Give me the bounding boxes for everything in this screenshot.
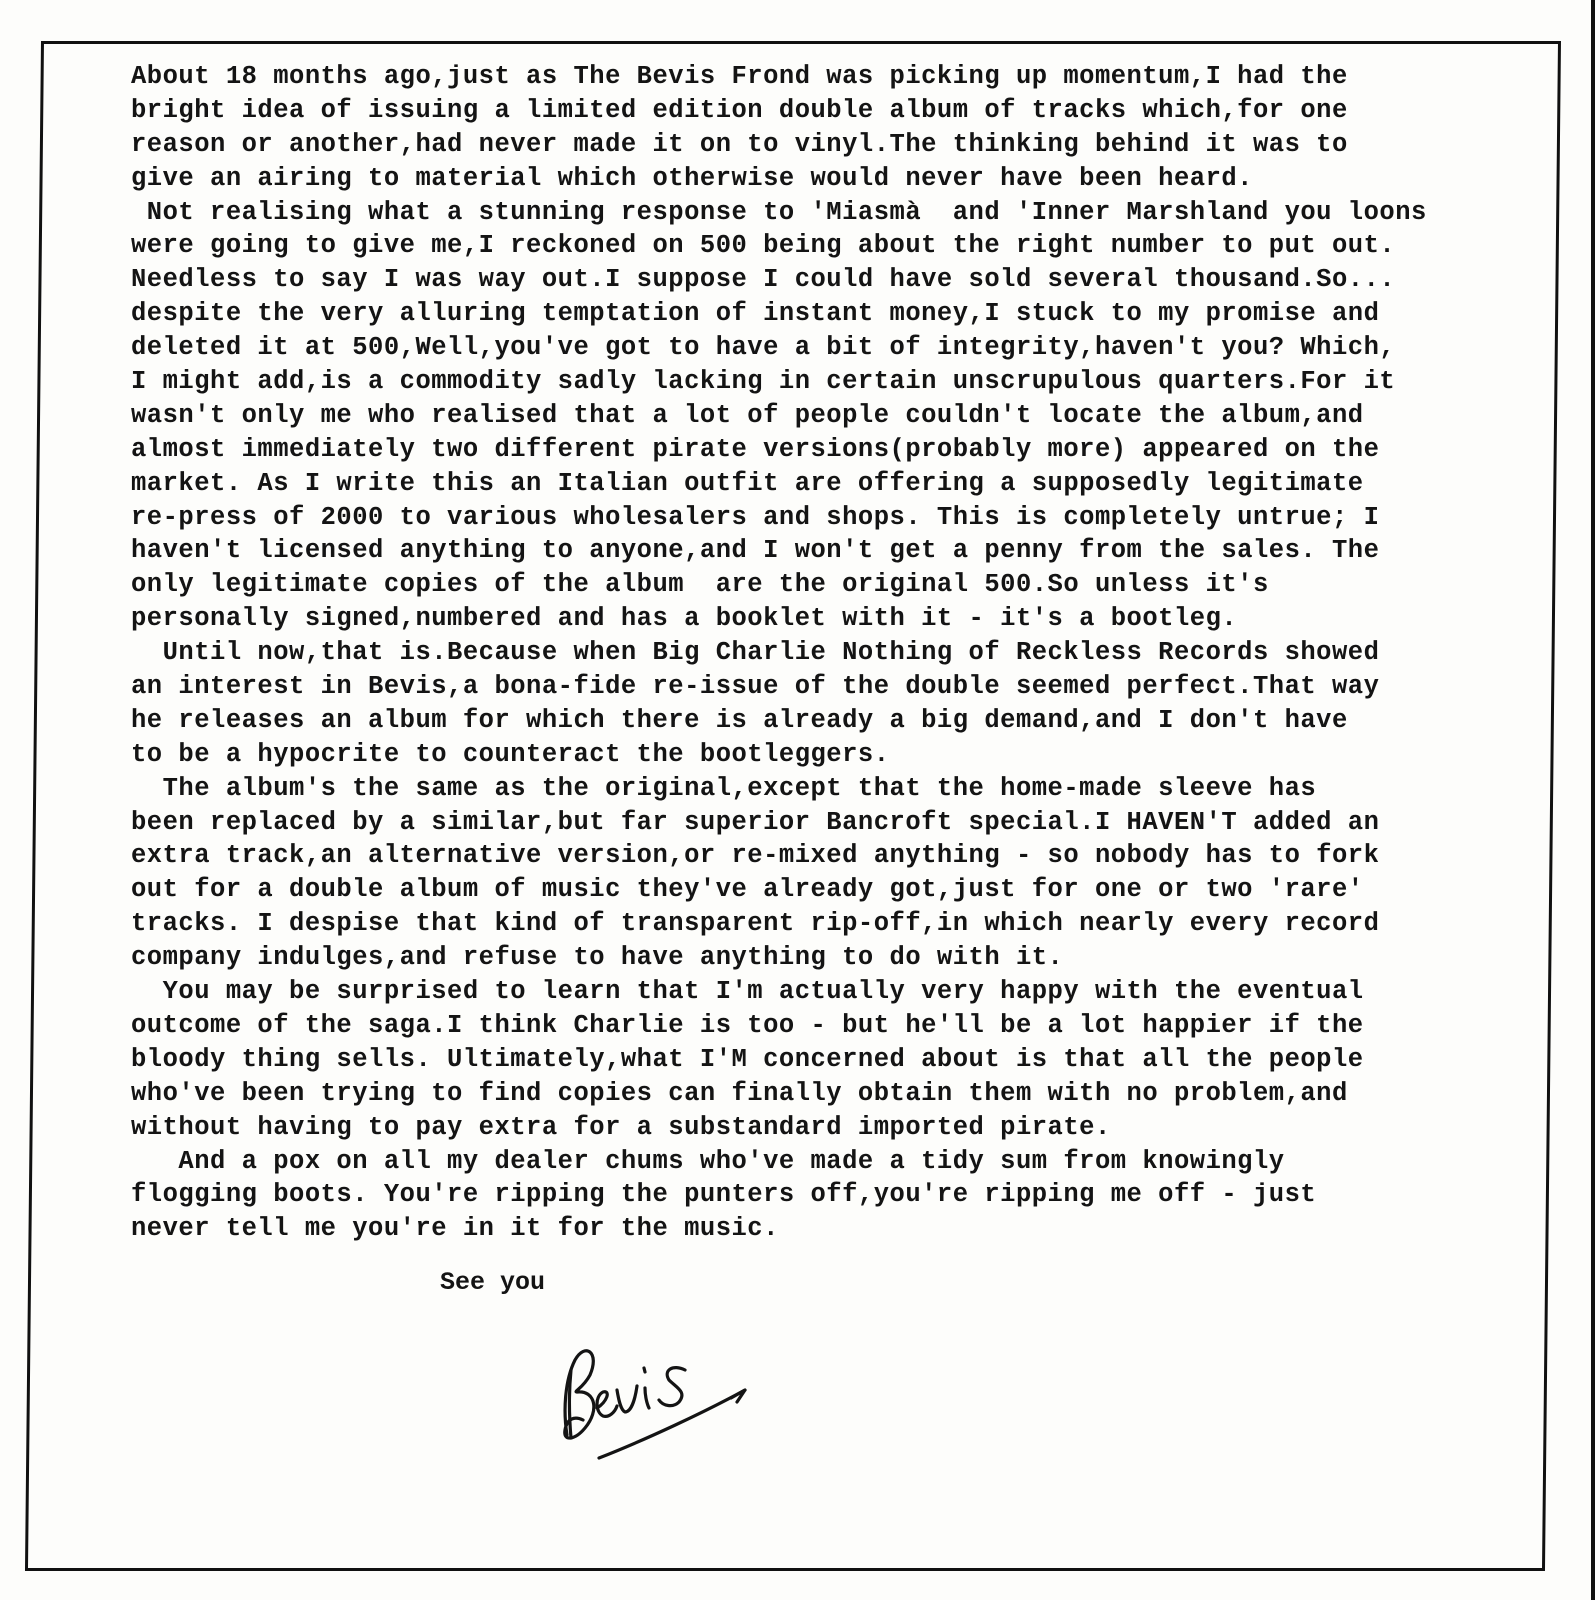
letter-line: Until now,that is.Because when Big Charl… [131,636,1571,670]
signature-bevis [545,1330,765,1460]
letter-line: extra track,an alternative version,or re… [131,839,1571,873]
letter-line: haven't licensed anything to anyone,and … [131,534,1571,568]
letter-line: And a pox on all my dealer chums who've … [131,1145,1571,1179]
letter-line: re-press of 2000 to various wholesalers … [131,501,1571,535]
letter-line: I might add,is a commodity sadly lacking… [131,365,1571,399]
letter-line: About 18 months ago,just as The Bevis Fr… [131,60,1571,94]
letter-line: company indulges,and refuse to have anyt… [131,941,1571,975]
letter-line: never tell me you're in it for the music… [131,1212,1571,1246]
letter-line: reason or another,had never made it on t… [131,128,1571,162]
letter-line: without having to pay extra for a substa… [131,1111,1571,1145]
letter-body: About 18 months ago,just as The Bevis Fr… [131,60,1571,1246]
letter-line: outcome of the saga.I think Charlie is t… [131,1009,1571,1043]
letter-line: out for a double album of music they've … [131,873,1571,907]
letter-line: he releases an album for which there is … [131,704,1571,738]
letter-line: an interest in Bevis,a bona-fide re-issu… [131,670,1571,704]
letter-line: who've been trying to find copies can fi… [131,1077,1571,1111]
scan-edge [1591,0,1595,1600]
letter-line: bloody thing sells. Ultimately,what I'M … [131,1043,1571,1077]
letter-line: were going to give me,I reckoned on 500 … [131,229,1571,263]
letter-line: only legitimate copies of the album are … [131,568,1571,602]
letter-line: wasn't only me who realised that a lot o… [131,399,1571,433]
letter-line: almost immediately two different pirate … [131,433,1571,467]
letter-line: to be a hypocrite to counteract the boot… [131,738,1571,772]
letter-line: been replaced by a similar,but far super… [131,806,1571,840]
letter-line: market. As I write this an Italian outfi… [131,467,1571,501]
letter-line: The album's the same as the original,exc… [131,772,1571,806]
letter-line: You may be surprised to learn that I'm a… [131,975,1571,1009]
letter-line: tracks. I despise that kind of transpare… [131,907,1571,941]
letter-line: Needless to say I was way out.I suppose … [131,263,1571,297]
closing-line: See you [440,1268,545,1297]
letter-line: despite the very alluring temptation of … [131,297,1571,331]
letter-line: Not realising what a stunning response t… [131,196,1571,230]
letter-line: personally signed,numbered and has a boo… [131,602,1571,636]
letter-line: flogging boots. You're ripping the punte… [131,1178,1571,1212]
letter-line: deleted it at 500,Well,you've got to hav… [131,331,1571,365]
letter-line: bright idea of issuing a limited edition… [131,94,1571,128]
letter-line: give an airing to material which otherwi… [131,162,1571,196]
